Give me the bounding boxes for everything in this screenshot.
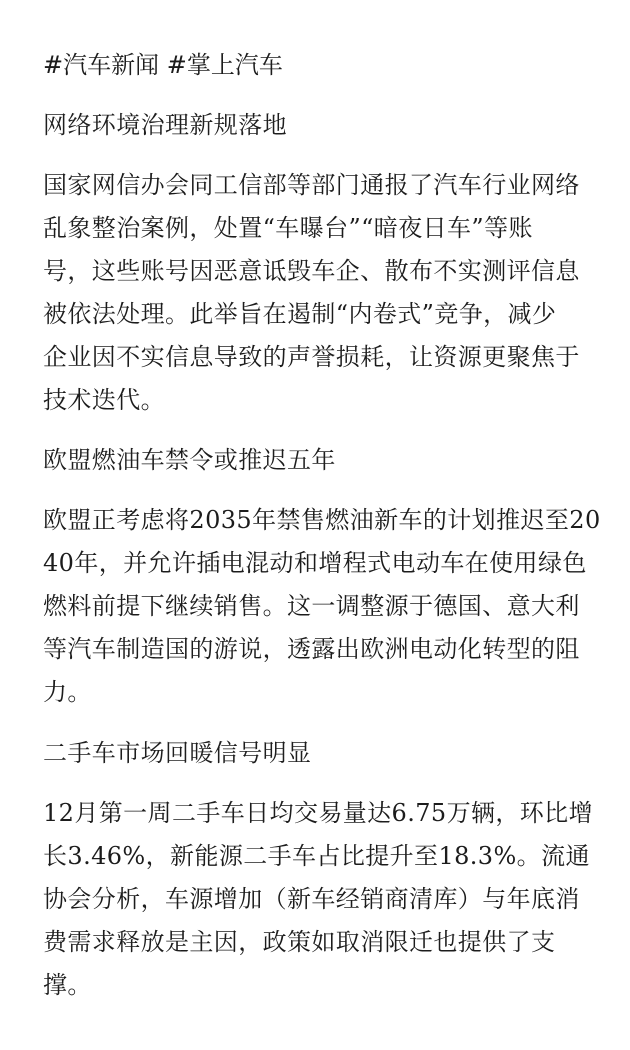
section-heading: 二手车市场回暖信号明显 — [43, 738, 311, 768]
article-page: #汽车新闻 #掌上汽车 网络环境治理新规落地 国家网信办会同工信部等部门通报了汽… — [0, 0, 630, 1050]
paragraph-line: 被依法处理。此举旨在遏制“内卷式”竞争，减少 — [43, 299, 556, 329]
hashtag-link[interactable]: #掌上汽车 — [167, 51, 283, 79]
paragraph-line: 号，这些账号因恶意诋毁车企、散布不实测评信息 — [43, 256, 580, 286]
paragraph-line: 欧盟正考虑将2035年禁售燃油新车的计划推迟至20 — [43, 505, 601, 535]
paragraph-line: 40年，并允许插电混动和增程式电动车在使用绿色 — [43, 548, 587, 578]
paragraph-line: 燃料前提下继续销售。这一调整源于德国、意大利 — [43, 591, 580, 621]
paragraph-line: 长3.46%，新能源二手车占比提升至18.3%。流通 — [43, 841, 590, 871]
hashtag-link[interactable]: #汽车新闻 — [43, 51, 159, 79]
paragraph-line: 协会分析，车源增加（新车经销商清库）与年底消 — [43, 884, 580, 914]
paragraph-line: 费需求释放是主因，政策如取消限迁也提供了支 — [43, 927, 555, 957]
paragraph-line: 力。 — [43, 677, 92, 707]
paragraph-line: 企业因不实信息导致的声誉损耗，让资源更聚焦于 — [43, 342, 580, 372]
paragraph-line: 等汽车制造国的游说，透露出欧洲电动化转型的阻 — [43, 634, 580, 664]
section-heading: 欧盟燃油车禁令或推迟五年 — [43, 445, 336, 475]
paragraph-line: 国家网信办会同工信部等部门通报了汽车行业网络 — [43, 170, 580, 200]
paragraph-line: 12月第一周二手车日均交易量达6.75万辆，环比增 — [43, 798, 593, 828]
paragraph-line: 技术迭代。 — [43, 385, 165, 415]
paragraph-line: 乱象整治案例，处置“车曝台”“暗夜日车”等账 — [43, 213, 533, 243]
tag-spacer — [159, 51, 167, 79]
paragraph-line: 撑。 — [43, 970, 92, 1000]
section-heading: 网络环境治理新规落地 — [43, 110, 287, 140]
hashtag-line: #汽车新闻 #掌上汽车 — [43, 50, 283, 80]
